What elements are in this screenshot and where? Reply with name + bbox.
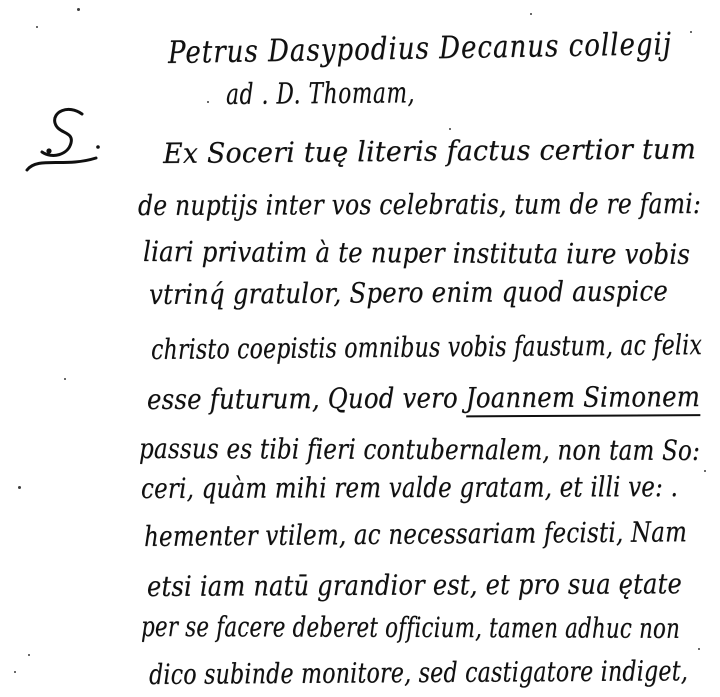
manuscript-line: vtrinq́ gratulor, Spero enim quod auspic… [149, 277, 668, 309]
ink-speck [449, 128, 451, 130]
manuscript-line: ceri, quàm mihi rem valde gratam, et ill… [141, 473, 678, 503]
ink-speck [64, 378, 66, 380]
heading-addressee-line: ad . D. Thomam, [226, 78, 415, 109]
ink-speck [18, 486, 21, 489]
manuscript-line: liari privatim à te nuper instituta iure… [143, 238, 690, 269]
ink-speck [77, 8, 80, 11]
manuscript-line: hementer vtilem, ac necessariam fecisti,… [144, 518, 687, 551]
manuscript-line: per se facere deberet officium, tamen ad… [141, 613, 680, 643]
ink-speck [698, 648, 700, 650]
heading-author-line: Petrus Dasypodius Decanus collegij [168, 29, 672, 69]
manuscript-line: Ex Soceri tuę literis factus certior tum [163, 135, 696, 168]
manuscript-line: etsi iam natū grandior est, et pro sua ę… [147, 570, 682, 601]
line-text: esse futurum, Quod vero [147, 381, 466, 416]
manuscript-line: dico subinde monitore, sed castigatore i… [149, 657, 688, 689]
manuscript-line: de nuptijs inter vos celebratis, tum de … [138, 190, 701, 220]
ink-speck [14, 671, 16, 673]
manuscript-line: christo coepistis omnibus vobis faustum,… [151, 331, 702, 364]
manuscript-line: esse futurum, Quod vero Joannem Simonem [147, 383, 700, 414]
underlined-names: Joannem Simonem [466, 380, 700, 417]
ink-speck [28, 654, 30, 656]
ink-speck [36, 26, 38, 28]
ink-speck [690, 31, 692, 33]
ink-speck [530, 13, 532, 15]
manuscript-line: passus es tibi fieri contubernalem, non … [139, 435, 700, 465]
ink-speck [207, 101, 209, 103]
ink-speck [704, 470, 706, 472]
manuscript-page: Petrus Dasypodius Decanus collegij ad . … [0, 0, 720, 697]
initial-s-flourish-icon [24, 106, 108, 178]
